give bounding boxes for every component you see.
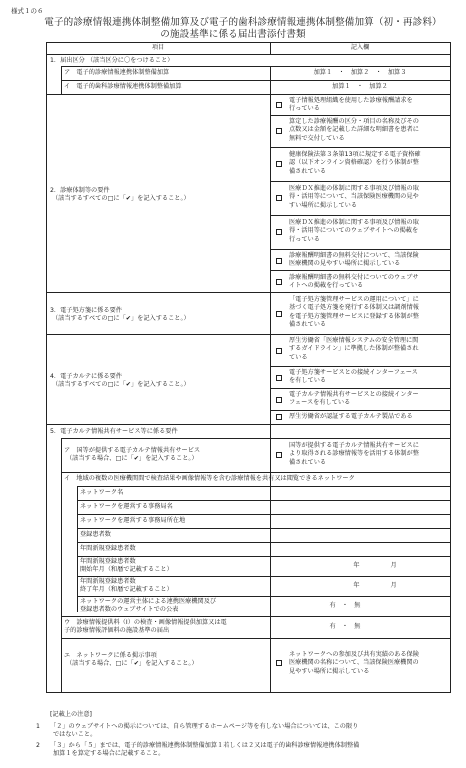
sec1-line — [61, 66, 451, 67]
check-text: するガイドライン」に準拠した体制が整備され — [289, 345, 446, 353]
end-date-field[interactable]: 年 月 — [285, 582, 465, 590]
title-line-2: の施設基準に係る届出書添付書類 — [160, 29, 305, 40]
s5i-top — [77, 486, 451, 487]
s5u-top — [61, 616, 451, 617]
network-office-name-field[interactable] — [270, 503, 450, 514]
network-office-name-label: ネットワークを運営する事務局名 — [80, 503, 173, 511]
s5i-r2 — [77, 514, 451, 515]
check-text: 備されている — [289, 168, 446, 176]
checkbox-icon[interactable] — [276, 660, 282, 666]
section1-label: 1．届出区分 （該当区分に〇をつけること） — [50, 57, 173, 65]
check-text: 備されている — [289, 321, 446, 329]
section4-check-2[interactable]: 電子処方箋サービスとの接続インターフェースを有している — [270, 367, 450, 388]
end-date-label-2: 終了年月（和暦で記載すること） — [80, 586, 173, 594]
network-office-address-label: ネットワークを運営する事務局所在地 — [80, 517, 185, 525]
checkbox-icon[interactable] — [276, 102, 282, 108]
check-text: を電子処方箋管理サービスに登録する体制が整 — [289, 313, 446, 321]
section2-check-7[interactable]: 診療報酬明細書の無料交付についてのウェブサイトへの掲載を行っている — [270, 271, 450, 292]
check-text: 医療機関の見やすい場所に掲示している — [289, 260, 446, 268]
s5i-r5 — [77, 556, 451, 557]
annual-new-patients-field[interactable] — [270, 545, 450, 556]
check-text: 無料で交付している — [289, 135, 446, 143]
section4-check-3[interactable]: 電子カルテ情報共有サービスとの接続インターフェースを有している — [270, 389, 450, 410]
section1-i-options[interactable]: 加算１ ・ 加算２ — [270, 83, 450, 91]
header-bottom — [46, 54, 451, 55]
section1-a-label: ア 電子的診療情報連携体制整備加算 — [64, 69, 169, 77]
header-item: 項目 — [46, 44, 270, 52]
s5i-r6 — [77, 576, 451, 577]
sec1-bottom — [46, 94, 451, 95]
annual-new-patients-label: 年間新規登録患者数 — [80, 545, 136, 553]
check-text: ている — [289, 354, 446, 362]
section2-check-3[interactable]: 健康保険法第３条第13項に規定する電子資格確認（以下オンライン資格確認）を行う体… — [270, 148, 450, 181]
section4-check-1[interactable]: 厚生労働省「医療情報システムの安全管理に関するガイドライン」に準拠した体制が整備… — [270, 335, 450, 366]
check-text: 行っている — [289, 105, 446, 113]
network-name-label: ネットワーク名 — [80, 489, 123, 497]
form-number: 様式１の６ — [11, 6, 44, 15]
note-line: 加算１を算定する場合に記載すること。 — [53, 750, 164, 758]
check-text: 得・活用等について、当該保険医療機関の見や — [289, 193, 446, 201]
checkbox-icon[interactable] — [276, 397, 282, 403]
start-date-label-2: 開始年月（和暦で記載すること） — [80, 566, 173, 574]
s5a-bottom — [61, 472, 451, 473]
checkbox-icon[interactable] — [276, 375, 282, 381]
check-text: 厚生労働省が認証する電子カルテ製品である — [289, 413, 446, 421]
check-text: を有している — [289, 377, 446, 385]
section2-check-6[interactable]: 診療報酬明細書の無料交付について、当該保険医療機関の見やすい場所に掲示している — [270, 250, 450, 270]
check-text: 認（以下オンライン資格確認）を行う体制が整 — [289, 159, 446, 167]
checkbox-icon[interactable] — [276, 128, 282, 134]
section2-check-5[interactable]: 医療ＤＸ推進の体制に関する事項及び情報の取得・活用等についてのウェブサイトへの掲… — [270, 216, 450, 249]
title-line-1: 電子的診療情報連携体制整備加算及び電子的歯科診療情報連携体制整備加算（初・再診料… — [0, 17, 466, 29]
checkbox-icon[interactable] — [276, 311, 282, 317]
checkbox-icon[interactable] — [276, 195, 282, 201]
registered-patients-label: 登録患者数 — [80, 531, 111, 539]
check-text: イトへの掲載を行っている — [289, 282, 446, 290]
check-text: 医療機関の名称について、当該保険医療機関の — [289, 659, 446, 667]
section5-a-instruction: （該当する場合、□に「✔」を記入すること。） — [66, 455, 198, 463]
website-publication-options[interactable]: 有 ・ 無 — [255, 602, 435, 610]
checkbox-icon[interactable] — [276, 258, 282, 264]
note-line: ではないこと。 — [53, 731, 96, 739]
check-text: すい場所に掲示している — [289, 202, 446, 210]
section1-i-label: イ 電子的歯科診療情報連携体制整備加算 — [64, 83, 182, 91]
section4-instruction: （該当するすべての□に「✔」を記入すること。） — [52, 381, 190, 389]
checkbox-icon[interactable] — [276, 348, 282, 354]
website-publication-label-2: 登録患者数のウェブサイトでの公表 — [80, 606, 216, 614]
network-name-field[interactable] — [270, 489, 450, 500]
section2-check-2[interactable]: 算定した診療報酬の区分・項目の名称及びその点数又は金額を記載した詳細な明細書を患… — [270, 116, 450, 147]
check-text: 得・活用等についてのウェブサイトへの掲載を — [289, 227, 446, 235]
section1-a-options[interactable]: 加算１ ・ 加算２ ・ 加算３ — [270, 69, 450, 77]
table-top-border — [46, 42, 451, 43]
checkbox-icon[interactable] — [276, 414, 282, 420]
section2-check-4[interactable]: 医療ＤＸ推進の体制に関する事項及び情報の取得・活用等について、当該保険医療機関の… — [270, 182, 450, 215]
start-date-field[interactable]: 年 月 — [285, 562, 465, 570]
section5-i-label: イ 地域の複数の医療機関間で検査結果や画像情報等を含む診療情報を共有又は閲覧でき… — [64, 475, 355, 483]
checkbox-icon[interactable] — [276, 279, 282, 285]
section3-instruction: （該当するすべての□に「✔」を記入すること。） — [52, 315, 190, 323]
checkbox-icon[interactable] — [276, 229, 282, 235]
table-left-border-lower — [46, 342, 47, 693]
registered-patients-field[interactable] — [270, 531, 450, 542]
network-office-address-field[interactable] — [270, 517, 450, 528]
checkbox-icon[interactable] — [276, 161, 282, 167]
s5-indent — [61, 438, 62, 692]
s5i-r4 — [77, 542, 451, 543]
s5i-r7 — [77, 596, 451, 597]
note-number: 2 — [36, 742, 40, 750]
section5-u-options[interactable]: 有 ・ 無 — [255, 623, 435, 631]
header-entry: 記入欄 — [270, 44, 450, 52]
section2-instruction: （該当するすべての□に「✔」を記入すること。） — [52, 195, 190, 203]
s5i-r1 — [77, 500, 451, 501]
table-bottom-border — [46, 692, 451, 693]
section5-u-label-2: 子的診療情報評価料の施設基準の届出 — [64, 627, 227, 635]
s5i-r3 — [77, 528, 451, 529]
start-date-label: 年間新規登録患者数開始年月（和暦で記載すること） — [80, 558, 173, 575]
checkbox-icon[interactable] — [276, 452, 282, 458]
section5-e-instruction: （該当する場合、□に「✔」を記入すること。） — [66, 660, 198, 668]
table-left-border — [46, 42, 47, 342]
section5-a-check[interactable]: 国等が提供する電子カルテ情報共有サービスにより取得される診療情報等を活用する体制… — [270, 439, 450, 472]
check-text: フェースを有している — [289, 399, 446, 407]
section2-check-1[interactable]: 電子情報処理組織を使用した診療報酬請求を行っている — [270, 96, 450, 115]
end-date-label: 年間新規登録患者数終了年月（和暦で記載すること） — [80, 578, 173, 595]
notes-heading: [記載上の注意] — [50, 711, 92, 719]
check-text: 行っている — [289, 236, 446, 244]
section5-label: 5．電子カルテ情報共有サービス等に係る要件 — [50, 428, 178, 436]
website-publication-label: ネットワークの運営主体による連携医療機関及び登録患者数のウェブサイトでの公表 — [80, 598, 216, 615]
s5i-indent — [77, 486, 78, 612]
section3-check-1[interactable]: 「電子処方箋管理サービスの運用について」に基づく電子処方箋を発行する体制又は調剤… — [270, 293, 450, 334]
check-text: 見やすい場所に掲示している — [289, 668, 446, 676]
document-title: 電子的診療情報連携体制整備加算及び電子的歯科診療情報連携体制整備加算（初・再診料… — [0, 17, 466, 40]
section5-e-check[interactable]: ネットワークへの参加及び共有実績のある保険医療機関の名称について、当該保険医療機… — [270, 639, 450, 692]
s4-bottom — [46, 424, 451, 425]
check-text: 基づく電子処方箋を発行する体制又は調剤情報 — [289, 304, 446, 312]
table-right-border — [450, 42, 451, 692]
section4-check-4[interactable]: 厚生労働省が認証する電子カルテ製品である — [270, 411, 450, 424]
note-number: 1 — [36, 723, 40, 731]
section5-u-label: ウ 診療情報提供料（Ⅰ）の検査・画像情報提供加算又は電子的診療情報評価料の施設基… — [64, 619, 227, 636]
check-text: より取得される診療情報等を活用する体制が整 — [289, 450, 446, 458]
check-text: 備されている — [289, 459, 446, 467]
sec1-row-line — [61, 80, 451, 81]
check-text: 点数又は金額を記載した詳細な明細書を患者に — [289, 126, 446, 134]
